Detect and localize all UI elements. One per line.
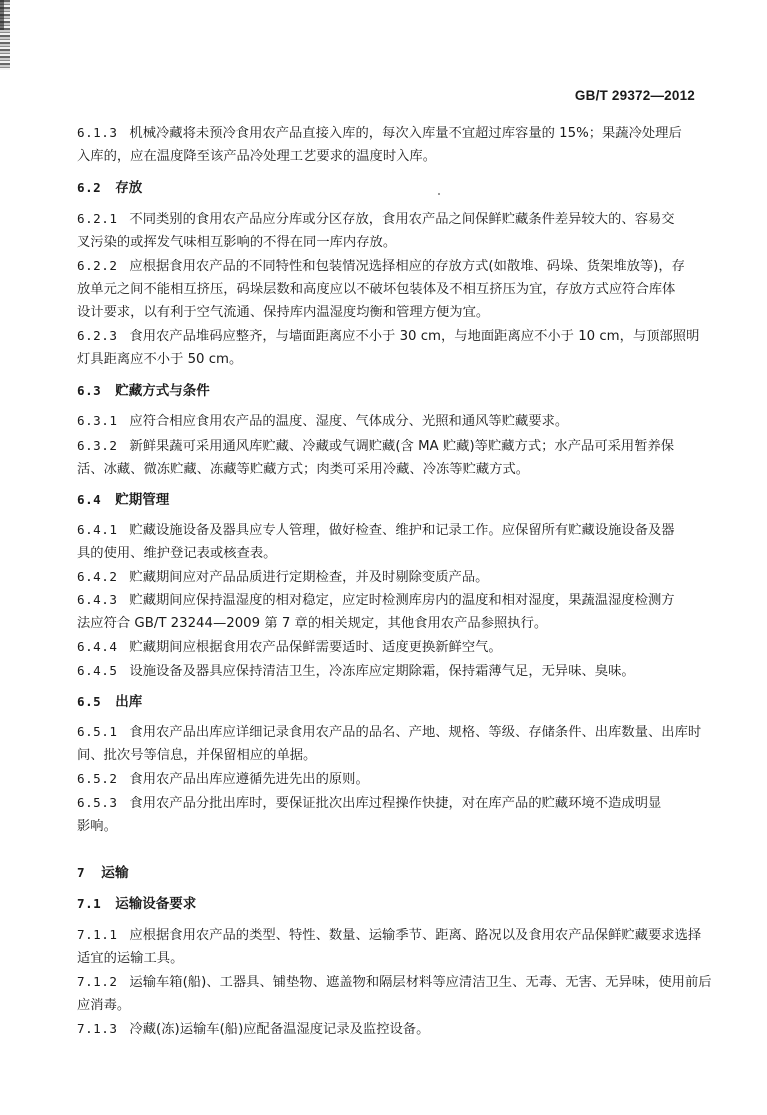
scan-dust [438, 193, 440, 195]
clause-6-2-2: 6.2.2应根据食用农产品的不同特性和包装情况选择相应的存放方式(如散堆、码垛、… [77, 254, 694, 325]
heading-title: 出库 [115, 694, 142, 710]
heading-7-1: 7.1运输设备要求 [77, 892, 694, 916]
heading-6-3: 6.3贮藏方式与条件 [77, 379, 694, 403]
standard-code-header: GB/T 29372—2012 [575, 88, 695, 103]
clause-number: 6.1.3 [77, 121, 117, 145]
clause-6-4-3: 6.4.3贮藏期间应保持温湿度的相对稳定，应定时检测库房内的温度和相对湿度，果蔬… [77, 588, 694, 635]
clause-6-5-1: 6.5.1食用农产品出库应详细记录食用农产品的品名、产地、规格、等级、存储条件、… [77, 720, 694, 767]
heading-6-5: 6.5出库 [77, 690, 694, 714]
clause-line: 6.1.3机械冷藏将未预冷食用农产品直接入库的，每次入库量不宜超过库容量的 15… [77, 121, 694, 145]
clause-6-4-2: 6.4.2贮藏期间应对产品品质进行定期检查，并及时剔除变质产品。 [77, 565, 694, 589]
clause-7-1-2: 7.1.2运输车箱(船)、工器具、铺垫物、遮盖物和隔层材料等应清洁卫生、无毒、无… [77, 970, 694, 1017]
heading-title: 存放 [115, 180, 142, 196]
clause-6-2-3: 6.2.3食用农产品堆码应整齐，与墙面距离应不小于 30 cm，与地面距离应不小… [77, 324, 694, 371]
scan-edge-artifact [0, 0, 4, 30]
heading-title: 贮藏方式与条件 [115, 383, 210, 399]
heading-number: 6.2 [77, 176, 101, 200]
clause-6-1-3: 6.1.3机械冷藏将未预冷食用农产品直接入库的，每次入库量不宜超过库容量的 15… [77, 121, 694, 168]
chapter-title: 运输 [101, 865, 129, 881]
clause-6-4-5: 6.4.5设施设备及器具应保持清洁卫生，冷冻库应定期除霜，保持霜薄气足，无异味、… [77, 659, 694, 683]
heading-6-4: 6.4贮期管理 [77, 488, 694, 512]
clause-6-3-1: 6.3.1应符合相应食用农产品的温度、湿度、气体成分、光照和通风等贮藏要求。 [77, 409, 694, 433]
heading-title: 贮期管理 [115, 492, 169, 508]
heading-title: 运输设备要求 [115, 896, 196, 912]
clause-6-5-3: 6.5.3食用农产品分批出库时，要保证批次出库过程操作快捷，对在库产品的贮藏环境… [77, 791, 694, 838]
chapter-7: 7运输 [77, 861, 694, 885]
clause-6-5-2: 6.5.2食用农产品出库应遵循先进先出的原则。 [77, 767, 694, 791]
clause-6-4-1: 6.4.1贮藏设施设备及器具应专人管理，做好检查、维护和记录工作。应保留所有贮藏… [77, 518, 694, 565]
clause-7-1-3: 7.1.3冷藏(冻)运输车(船)应配备温湿度记录及监控设备。 [77, 1017, 694, 1041]
clause-7-1-1: 7.1.1应根据食用农产品的类型、特性、数量、运输季节、距离、路况以及食用农产品… [77, 923, 694, 970]
clause-6-4-4: 6.4.4贮藏期间应根据食用农产品保鲜需要适时、适度更换新鲜空气。 [77, 635, 694, 659]
clause-line: 入库的，应在温度降至该产品冷处理工艺要求的温度时入库。 [77, 145, 694, 169]
clause-6-2-1: 6.2.1不同类别的食用农产品应分库或分区存放，食用农产品之间保鲜贮藏条件差异较… [77, 207, 694, 254]
heading-6-2: 6.2存放 [77, 176, 694, 200]
clause-6-3-2: 6.3.2新鲜果蔬可采用通风库贮藏、冷藏或气调贮藏(含 MA 贮藏)等贮藏方式；… [77, 434, 694, 481]
